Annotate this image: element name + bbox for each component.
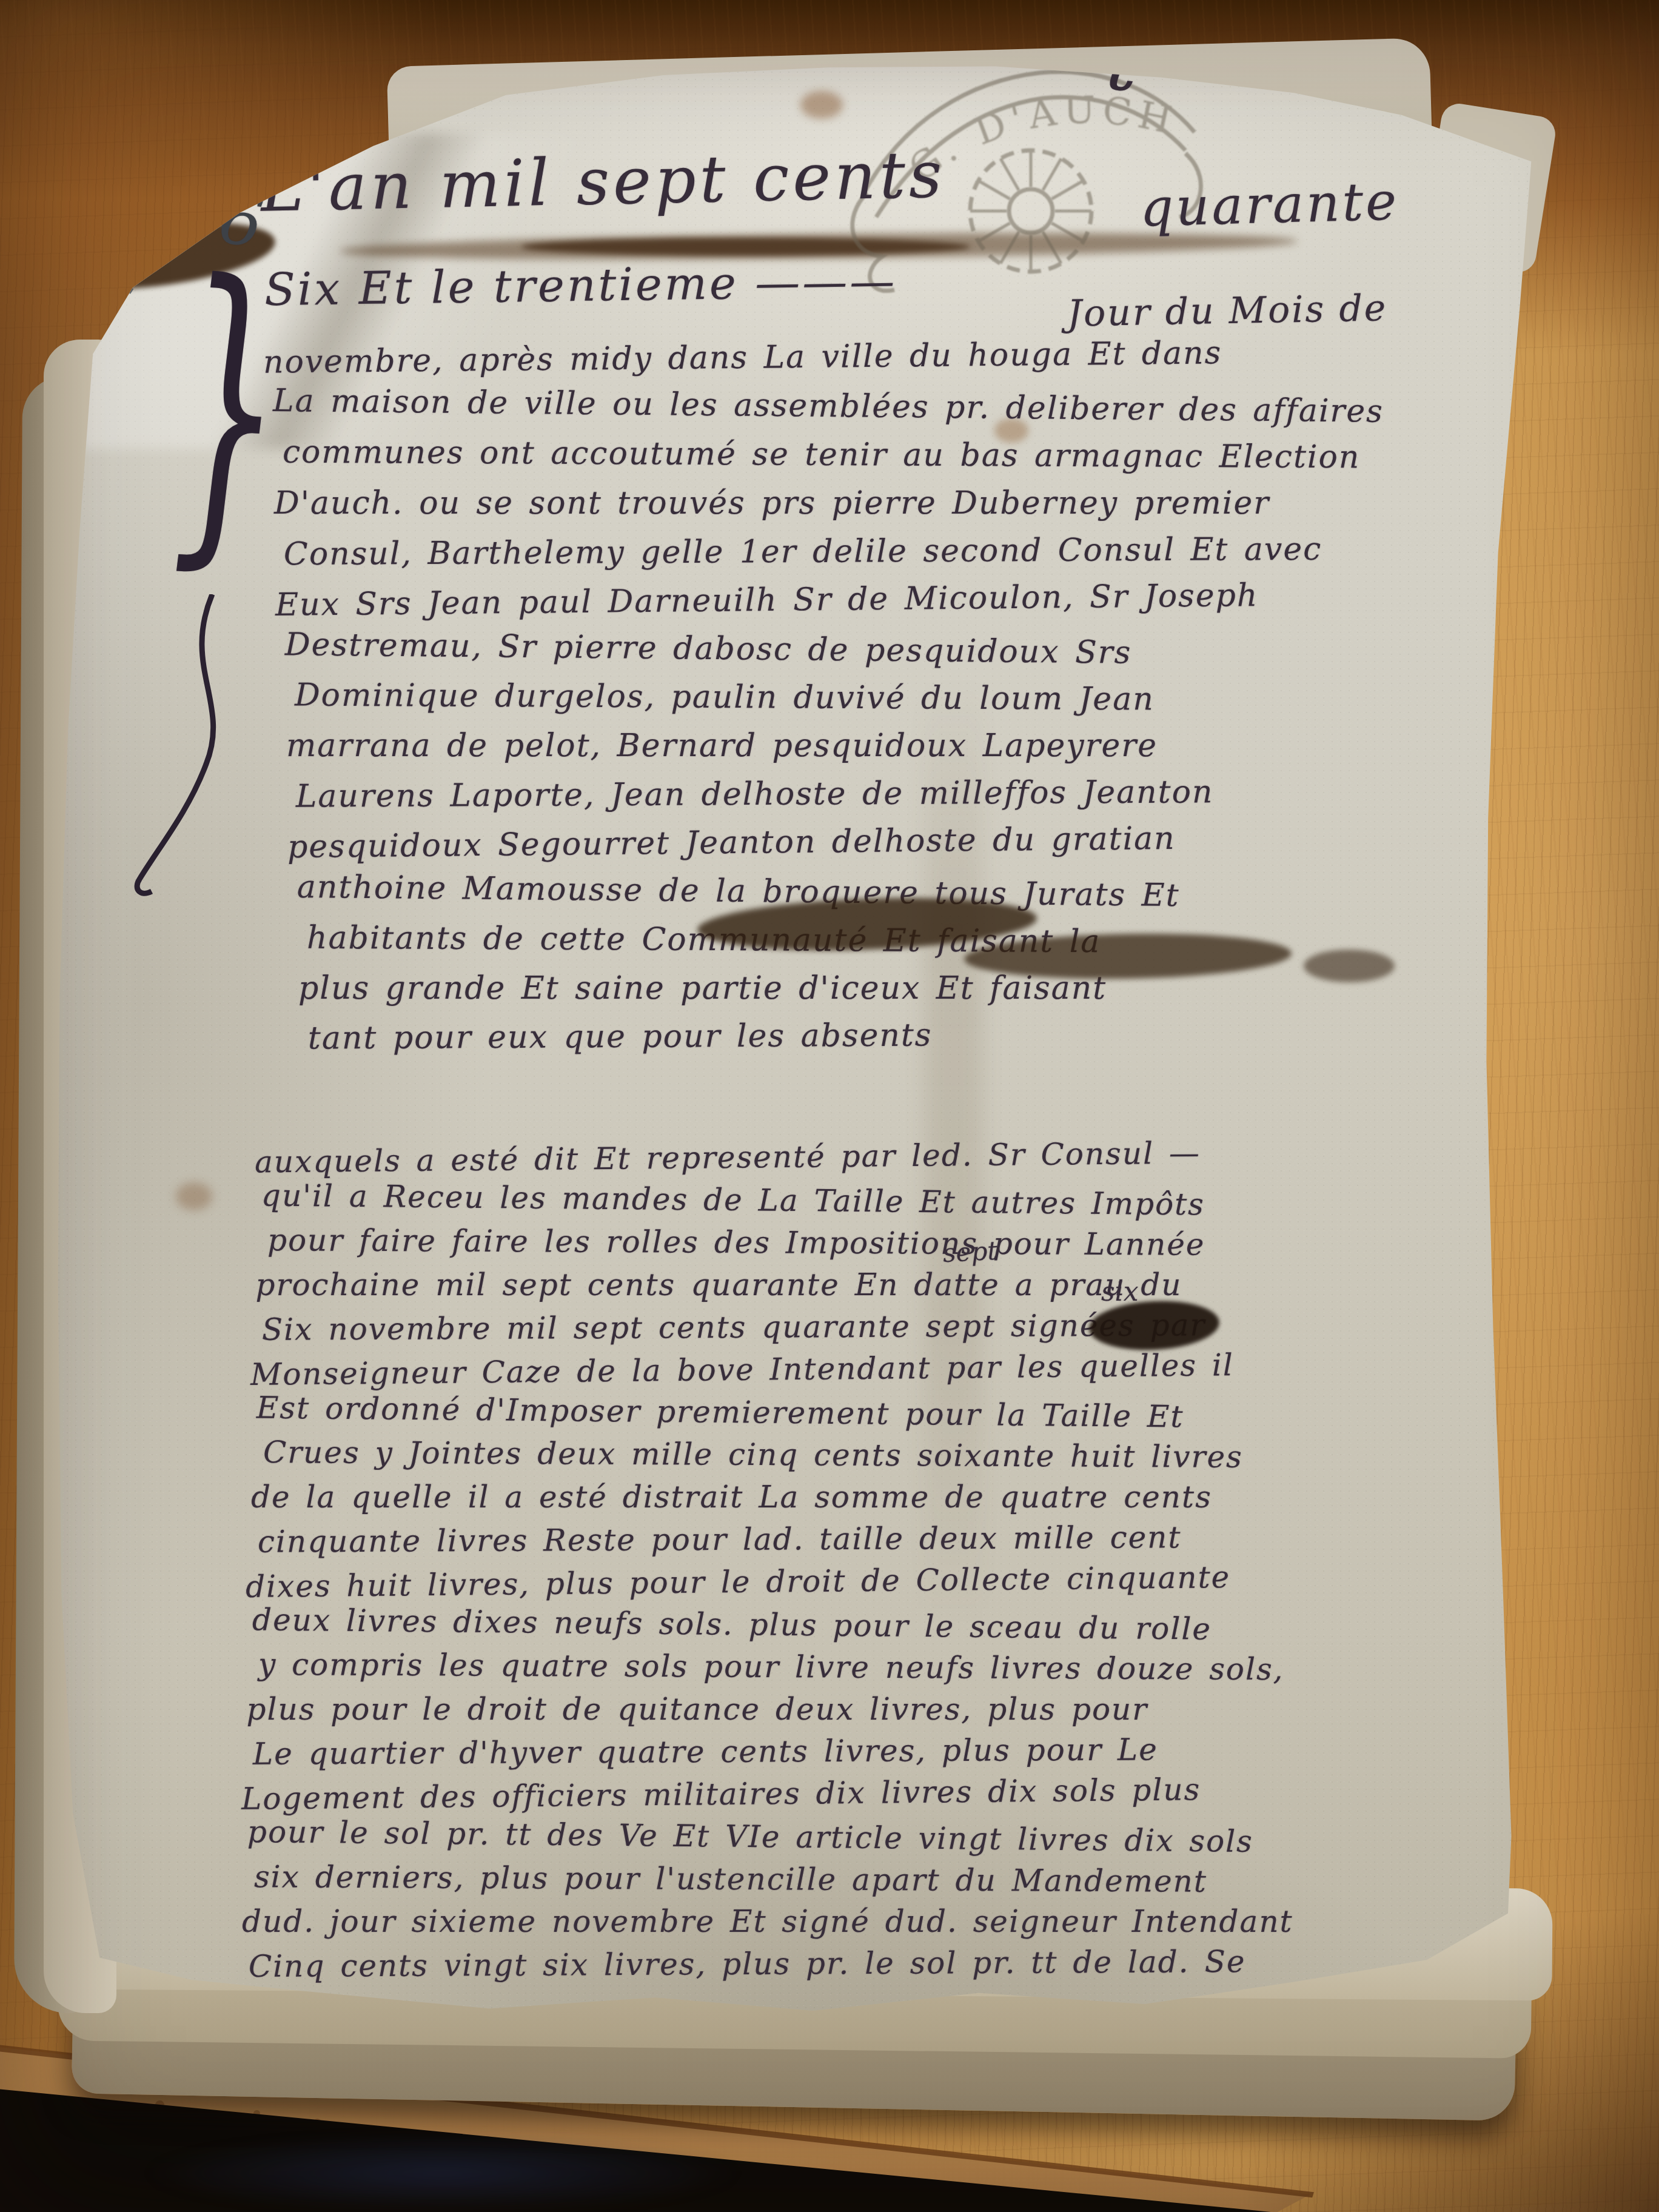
manuscript-line: Consul, Barthelemy gelle 1er delile seco…	[284, 531, 1322, 572]
crossed-out-word: six	[1101, 1276, 1138, 1307]
manuscript-line: Six novembre mil sept cents quarante sep…	[262, 1307, 1206, 1347]
heading-line2-right: Jour du Mois de	[1067, 287, 1387, 335]
heading-line2-left: Six Et le trentieme ———	[264, 255, 897, 317]
manuscript-line: prochaine mil sept cents quarante En dat…	[256, 1267, 1182, 1302]
manuscript-line: Dominique durgelos, paulin duvivé du lou…	[295, 677, 1155, 718]
manuscript-line: tant pour eux que pour les absents	[308, 1017, 933, 1056]
wood-speckles	[0, 0, 4, 4]
manuscript-line: Le quartier d'hyver quatre cents livres,…	[253, 1732, 1158, 1771]
interline-insertion: sept	[942, 1236, 999, 1269]
manuscript-line: cinquante livres Reste pour lad. taille …	[257, 1520, 1181, 1559]
manuscript-line: pour faire faire les rolles des Impositi…	[267, 1222, 1205, 1262]
manuscript-line: communes ont accoutumé se tenir au bas a…	[283, 434, 1361, 476]
heading-line1-right: quarante	[1139, 171, 1399, 238]
manuscript-page: G. D'AUCH t t 1746 6 } L'an mil sept cen…	[0, 0, 1659, 2212]
manuscript-line: six derniers, plus pour l'ustencille apa…	[253, 1859, 1207, 1899]
manuscript-line: dud. jour sixieme novembre Et signé dud.…	[242, 1904, 1293, 1939]
manuscript-line: de la quelle il a esté distrait La somme…	[251, 1480, 1212, 1515]
manuscript-line: Cinq cents vingt six livres, plus pr. le…	[248, 1944, 1245, 1984]
manuscript-line: plus grande Et saine partie d'iceux Et f…	[298, 970, 1107, 1007]
manuscript-line: marrana de pelot, Bernard pesquidoux Lap…	[286, 728, 1158, 764]
manuscript-line: y compris les quatre sols pour livre neu…	[258, 1647, 1284, 1687]
rust-spot	[176, 1182, 212, 1210]
manuscript-line: Laurens Laporte, Jean delhoste de millef…	[296, 774, 1214, 814]
manuscript-line: D'auch. ou se sont trouvés prs pierre Du…	[274, 485, 1270, 521]
margin-brace-tail-icon	[121, 594, 279, 910]
manuscript-line: Crues y Jointes deux mille cinq cents so…	[263, 1435, 1242, 1475]
photo: G. D'AUCH t t 1746 6 } L'an mil sept cen…	[0, 0, 1659, 2212]
ink-smudge-small	[1304, 950, 1395, 982]
manuscript-line: plus pour le droit de quitance deux livr…	[247, 1692, 1148, 1727]
shadow-blue-tint	[146, 2134, 740, 2212]
